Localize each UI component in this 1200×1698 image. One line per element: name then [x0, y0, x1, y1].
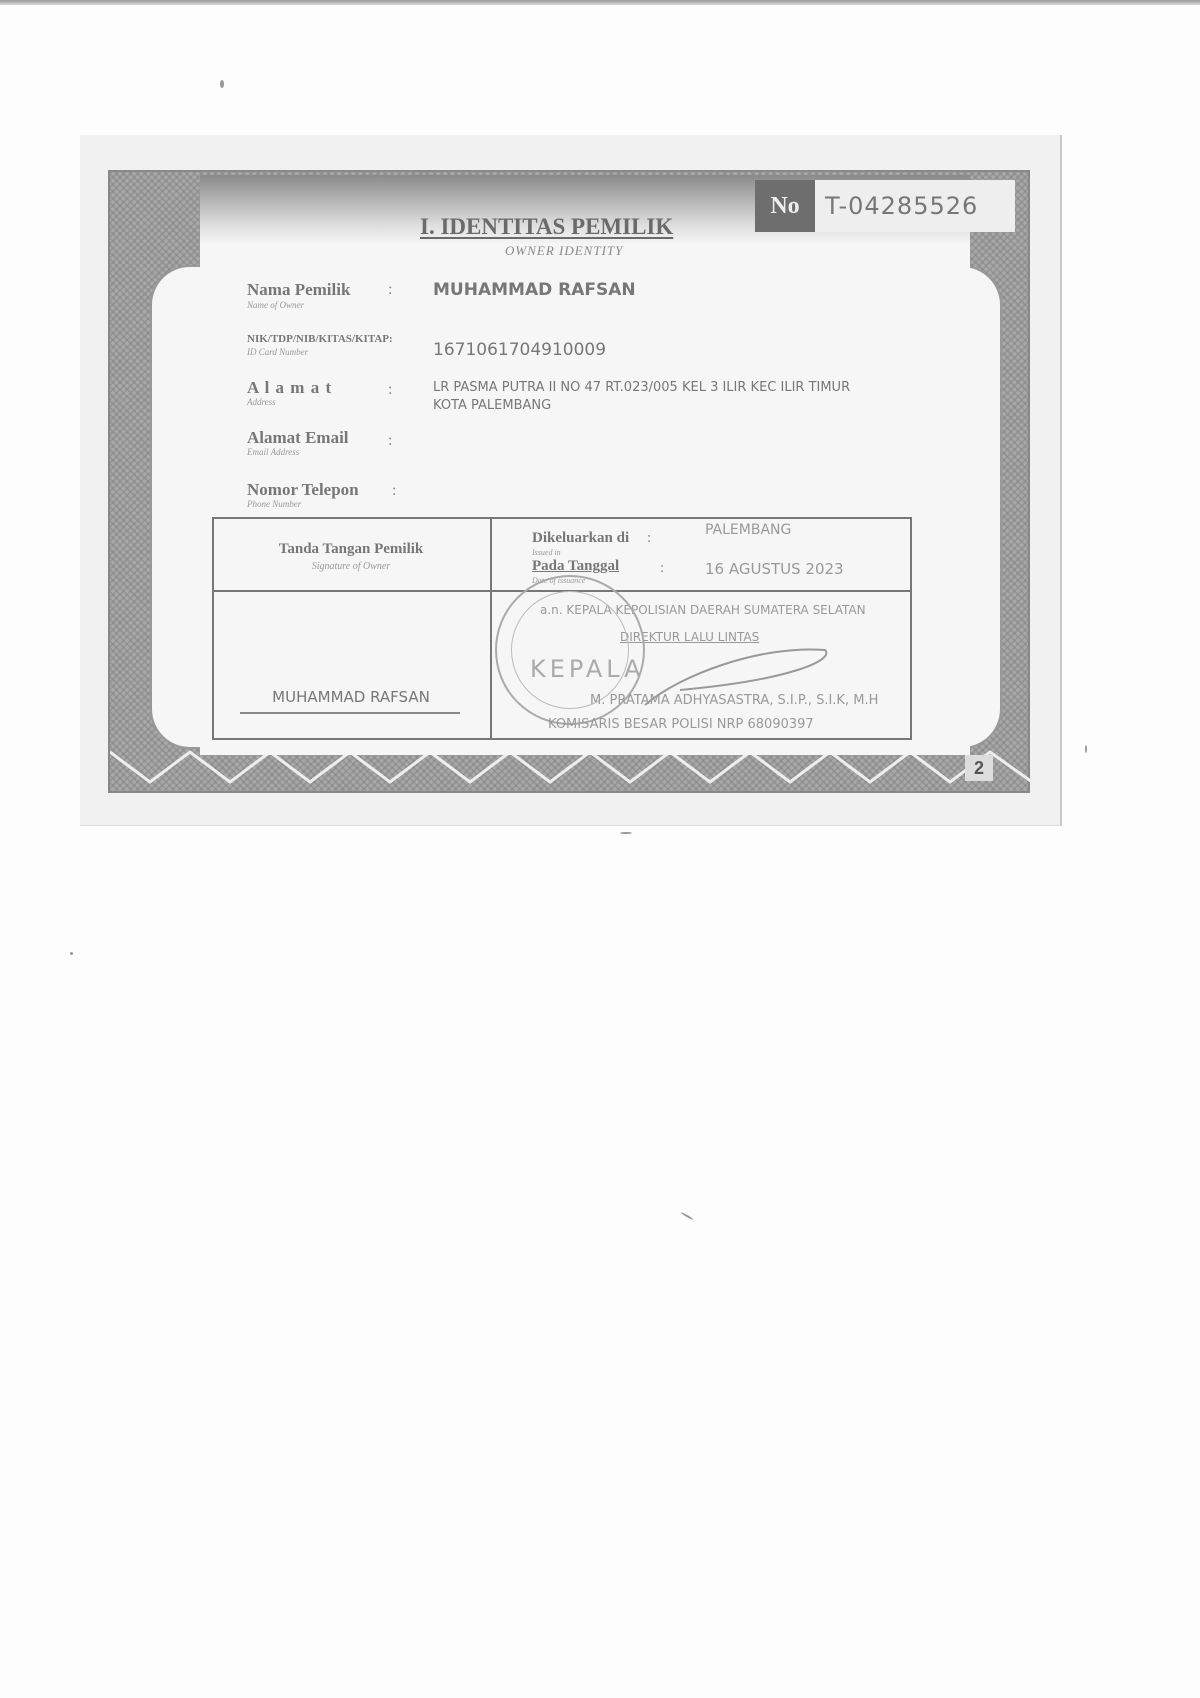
- colon: :: [388, 432, 392, 450]
- phone-label: Nomor Telepon: [247, 480, 359, 500]
- owner-name-value: MUHAMMAD RAFSAN: [433, 280, 636, 300]
- scan-speck: [70, 952, 73, 955]
- scan-speck: [220, 80, 224, 88]
- number-label: No: [755, 180, 815, 232]
- official-stamp-inner-ring: [511, 591, 629, 709]
- section-title: I. IDENTITAS PEMILIK: [420, 214, 673, 240]
- colon: :: [660, 560, 664, 577]
- colon: :: [647, 530, 651, 547]
- table-divider-vertical: [490, 517, 492, 740]
- issued-on-label: Pada Tanggal: [532, 558, 619, 575]
- issued-at-value: PALEMBANG: [705, 522, 791, 538]
- frame-notch-left: [150, 265, 202, 749]
- issued-on-value: 16 AGUSTUS 2023: [705, 560, 844, 578]
- page-number: 2: [965, 755, 993, 781]
- owner-signature-sublabel: Signature of Owner: [212, 561, 490, 572]
- colon: :: [392, 482, 396, 500]
- colon: :: [388, 381, 392, 399]
- email-label: Alamat Email: [247, 428, 349, 448]
- scan-speck: [620, 832, 632, 834]
- owner-name-sublabel: Name of Owner: [247, 300, 304, 310]
- scan-edge: [0, 0, 1200, 5]
- id-number-label: NIK/TDP/NIB/KITAS/KITAP:: [247, 333, 393, 345]
- address-line1: LR PASMA PUTRA II NO 47 RT.023/005 KEL 3…: [433, 380, 850, 395]
- scan-speck: [1085, 745, 1087, 753]
- email-sublabel: Email Address: [247, 447, 299, 457]
- owner-name-label: Nama Pemilik: [247, 280, 350, 300]
- owner-signature-name: MUHAMMAD RAFSAN: [212, 688, 490, 706]
- serial-number: T-04285526: [815, 180, 1015, 232]
- scan-speck: [680, 1212, 693, 1221]
- stamp-text: KEPALA: [530, 655, 645, 683]
- official-rank: KOMISARIS BESAR POLISI NRP 68090397: [548, 717, 814, 732]
- address-sublabel: Address: [247, 397, 276, 407]
- signature-line: [240, 712, 460, 714]
- issued-at-label: Dikeluarkan di: [532, 530, 629, 547]
- address-label: A l a m a t: [247, 378, 332, 398]
- id-number-value: 1671061704910009: [433, 340, 606, 360]
- address-line2: KOTA PALEMBANG: [433, 398, 551, 413]
- issued-at-sublabel: Issued in: [532, 548, 561, 557]
- phone-sublabel: Phone Number: [247, 499, 301, 509]
- section-subtitle: OWNER IDENTITY: [505, 243, 623, 259]
- owner-signature-label: Tanda Tangan Pemilik: [212, 541, 490, 558]
- id-number-sublabel: ID Card Number: [247, 347, 308, 357]
- colon: :: [388, 281, 392, 299]
- section-title-text: I. IDENTITAS PEMILIK: [420, 214, 673, 239]
- official-name: M. PRATAMA ADHYASASTRA, S.I.P., S.I.K, M…: [590, 693, 878, 708]
